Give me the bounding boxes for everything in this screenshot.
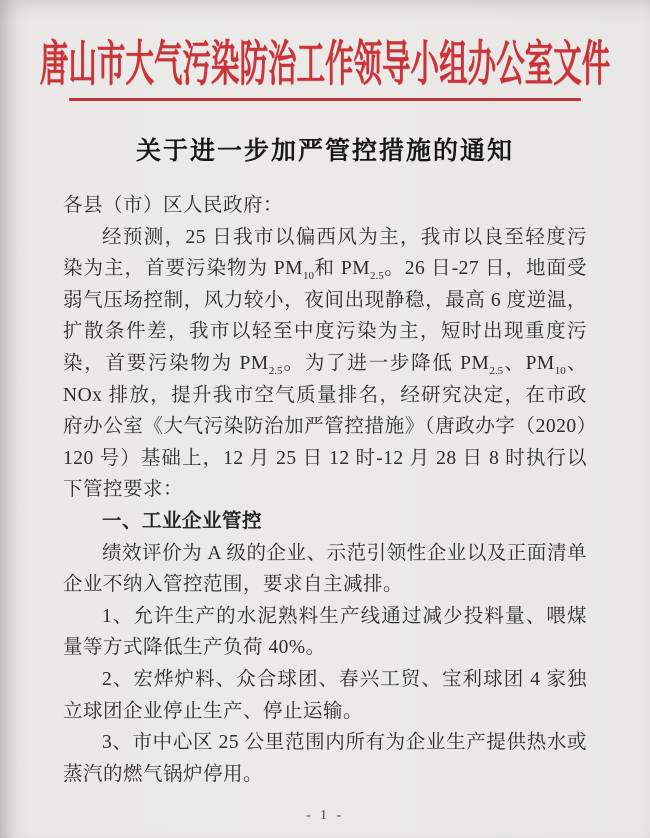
paragraph-item-1-cement: 1、允许生产的水泥熟料生产线通过减少投料量、喂煤量等方式降低生产负荷 40%。: [63, 601, 587, 664]
text-segment: 1、允许生产的水泥熟料生产线通过减少投料量、喂煤量等方式降低生产负荷 40%。: [63, 606, 587, 659]
scanned-document-page: 唐山市大气污染防治工作领导小组办公室文件 关于进一步加严管控措施的通知 各县（市…: [0, 0, 650, 838]
text-segment: 2、宏烨炉料、众合球团、春兴工贸、宝利球团 4 家独立球团企业停止生产、停止运输…: [63, 669, 587, 722]
subscript-text: 10: [303, 270, 314, 282]
subscript-text: 10: [555, 365, 566, 377]
document-red-header: 唐山市大气污染防治工作领导小组办公室文件: [0, 36, 650, 98]
text-segment: 。为了进一步降低 PM: [282, 353, 489, 374]
paragraph-forecast-and-basis: 经预测，25 日我市以偏西风为主，我市以良至轻度污染为主，首要污染物为 PM10…: [63, 222, 587, 506]
red-divider-line: [69, 98, 581, 101]
paragraph-salutation: 各县（市）区人民政府：: [63, 190, 587, 222]
page-number: - 1 -: [0, 808, 650, 824]
subscript-text: 2.5: [489, 365, 503, 377]
text-segment: 3、市中心区 25 公里范围内所有为企业生产提供热水或蒸汽的燃气锅炉停用。: [63, 732, 587, 785]
text-segment: 、NOx 排放，提升我市空气质量排名，经研究决定，在市政府办公室《大气污染防治加…: [63, 353, 587, 500]
issuing-office-title: 唐山市大气污染防治工作领导小组办公室文件: [40, 35, 610, 94]
document-title: 关于进一步加严管控措施的通知: [0, 131, 650, 167]
subscript-text: 2.5: [269, 365, 283, 377]
paragraph-exemption-rule: 绩效评价为 A 级的企业、示范引领性企业以及正面清单企业不纳入管控范围，要求自主…: [63, 538, 587, 601]
paragraph-item-3-gas-boilers: 3、市中心区 25 公里范围内所有为企业生产提供热水或蒸汽的燃气锅炉停用。: [63, 727, 587, 790]
text-segment: 一、工业企业管控: [102, 510, 262, 532]
text-segment: 绩效评价为 A 级的企业、示范引领性企业以及正面清单企业不纳入管控范围，要求自主…: [63, 543, 587, 596]
text-segment: 、PM: [503, 353, 555, 374]
document-body: 各县（市）区人民政府：经预测，25 日我市以偏西风为主，我市以良至轻度污染为主，…: [63, 190, 587, 790]
text-segment: 和 PM: [314, 258, 370, 279]
subscript-text: 2.5: [370, 270, 384, 282]
text-segment: 各县（市）区人民政府：: [63, 195, 283, 216]
paragraph-item-2-pellet-plants: 2、宏烨炉料、众合球团、春兴工贸、宝利球团 4 家独立球团企业停止生产、停止运输…: [63, 664, 587, 727]
paragraph-section-1-heading: 一、工业企业管控: [63, 506, 587, 538]
